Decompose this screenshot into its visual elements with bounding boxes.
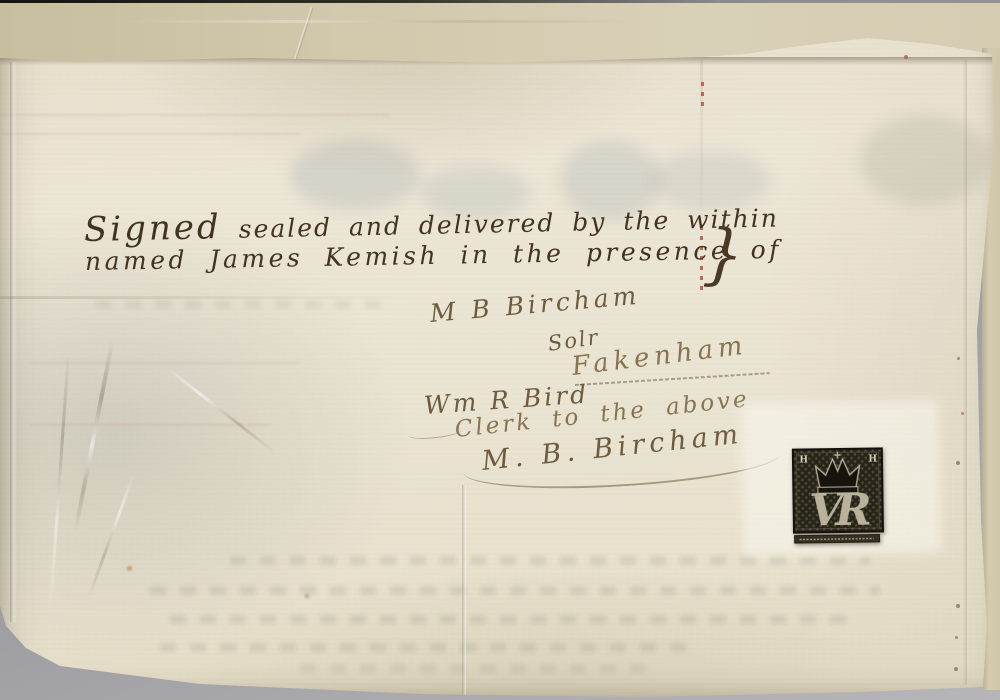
ghost-text-row (230, 556, 870, 565)
page-vignette (0, 0, 1000, 700)
perforation-dot (955, 636, 958, 639)
stain-spot (127, 566, 132, 571)
perforation-dot (954, 667, 958, 671)
attestation-brace: } (701, 213, 746, 294)
cipher-letter-r: R (833, 485, 872, 537)
red-speckle (961, 412, 964, 415)
attestation-lead-word: Signed (84, 207, 223, 250)
ghost-text-row (170, 615, 860, 624)
ghost-text-row (300, 664, 650, 673)
scanned-parchment-document: Signed sealed and delivered by the withi… (0, 0, 1000, 700)
red-margin-dots (701, 82, 704, 112)
band-fold-line (120, 20, 640, 23)
revenue-stamp-graphic: H H V R (791, 445, 886, 544)
red-speckle (957, 357, 960, 360)
parchment-page: Signed sealed and delivered by the withi… (0, 0, 1000, 700)
stamp-royal-cipher: V R (809, 485, 872, 537)
revenue-stamp: H H V R (791, 445, 886, 549)
perforation-dot (956, 604, 960, 608)
stamp-corner-letter-right: H (868, 454, 877, 464)
bleedthrough-rule-line (0, 133, 300, 135)
ghost-text-row (160, 643, 700, 652)
stain-spot (305, 594, 309, 598)
perforation-dot (956, 461, 960, 465)
ghost-writing-blob (860, 115, 990, 205)
red-speckle (904, 55, 908, 59)
ghost-writing-blob (290, 140, 420, 210)
bleedthrough-rule-line (0, 114, 390, 116)
bleedthrough-rule-line (30, 424, 270, 426)
bleedthrough-rule-line (30, 362, 300, 364)
ghost-text-row (95, 300, 395, 309)
ghost-text-row (150, 586, 880, 595)
stamp-corner-letter-left: H (799, 455, 808, 465)
